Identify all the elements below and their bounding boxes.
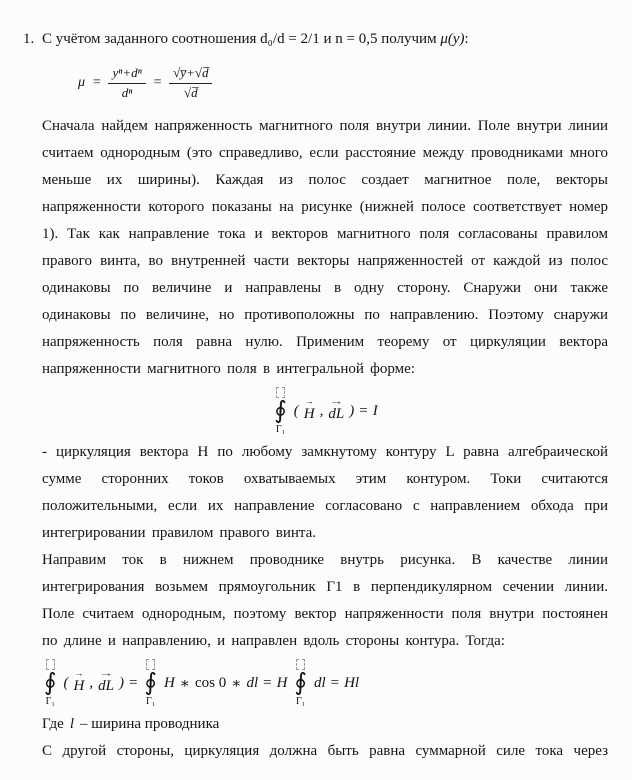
vector-h-letter: H	[304, 406, 315, 422]
missing-glyph-box-icon	[46, 659, 55, 670]
vector-dl: → dL	[328, 400, 344, 423]
intro-line: 1. С учётом заданного соотношения d₀/d =…	[23, 26, 608, 53]
dl-differential: dl	[246, 675, 258, 692]
left-paren: (	[294, 403, 299, 420]
intro-text: С учётом заданного соотношения d₀/d = 2/…	[42, 26, 608, 53]
left-paren: (	[64, 675, 69, 692]
current-symbol: I	[373, 403, 378, 420]
cosine-term: cos 0	[195, 675, 226, 692]
oint-symbol: ∮	[294, 671, 307, 695]
right-paren: )	[119, 675, 124, 692]
intro-colon: :	[465, 31, 469, 47]
document-page: 1. С учётом заданного соотношения d₀/d =…	[0, 0, 632, 780]
contour-integral: ∮ Γ₁	[144, 659, 157, 707]
missing-glyph-box-icon	[146, 659, 155, 670]
mu-symbol: μ	[78, 75, 85, 91]
vector-arrow-icon: →	[329, 397, 343, 406]
list-number: 1.	[23, 26, 42, 53]
fraction-denominator: √d̅	[180, 84, 202, 101]
formula-circulation-expansion: ∮ Γ₁ ( → H , → dL ) = ∮ Γ₁ H ∗ cos 0 ∗ d…	[42, 659, 608, 707]
vector-dl-letters: dL	[328, 406, 344, 422]
vector-arrow-icon: →	[99, 669, 113, 678]
paragraph-circulation-definition: - циркуляция вектора H по любому замкнут…	[42, 439, 608, 547]
contour-integral: ∮ Γ₁	[274, 387, 287, 435]
fraction-denominator: dⁿ	[118, 84, 137, 101]
oint-symbol: ∮	[274, 399, 287, 423]
equals-sign: =	[331, 675, 339, 692]
equals-sign: =	[153, 75, 162, 91]
contour-integral: ∮ Γ₁	[294, 659, 307, 707]
field-magnitude: H	[277, 675, 288, 692]
fraction-powers: yⁿ+dⁿ dⁿ	[108, 65, 145, 101]
equals-sign: =	[92, 75, 101, 91]
contour-label: Γ₁	[146, 697, 155, 707]
missing-glyph-box-icon	[296, 659, 305, 670]
formula-circulation-theorem: ∮ Γ₁ ( → H , → dL ) = I	[42, 387, 608, 435]
vector-dl: → dL	[98, 672, 114, 695]
dl-differential: dl	[314, 675, 326, 692]
vector-arrow-icon: →	[74, 669, 83, 678]
missing-glyph-box-icon	[276, 387, 285, 398]
vector-arrow-icon: →	[305, 397, 314, 406]
where-description: – ширина проводника	[80, 711, 219, 738]
vector-h: → H	[74, 672, 85, 695]
formula-permeability: μ = yⁿ+dⁿ dⁿ = √y̅+√d̅ √d̅	[78, 60, 608, 106]
fraction-numerator: √y̅+√d̅	[169, 65, 212, 83]
paragraph-partial-bottom: С другой стороны, циркуляция должна быть…	[42, 738, 608, 765]
equals-sign: =	[129, 675, 137, 692]
multiply-star: ∗	[180, 674, 190, 693]
paragraph-magnetic-field: Сначала найдем напряженность магнитного …	[42, 113, 608, 383]
right-paren: )	[349, 403, 354, 420]
result-hl: Hl	[344, 675, 359, 692]
comma: ,	[89, 675, 93, 692]
fraction-numerator: yⁿ+dⁿ	[108, 65, 145, 83]
vector-h: → H	[304, 400, 315, 423]
comma: ,	[320, 403, 324, 420]
where-prefix: Где	[42, 711, 64, 738]
contour-label: Γ₁	[296, 697, 305, 707]
equals-sign: =	[359, 403, 367, 420]
oint-symbol: ∮	[144, 671, 157, 695]
contour-integral: ∮ Γ₁	[44, 659, 57, 707]
vector-dl-letters: dL	[98, 678, 114, 694]
where-clause: Где l – ширина проводника	[42, 711, 608, 738]
contour-label: Γ₁	[276, 425, 285, 435]
intro-mu-term: μ(y)	[440, 31, 464, 47]
oint-symbol: ∮	[44, 671, 57, 695]
contour-label: Γ₁	[46, 697, 55, 707]
paragraph-integration-contour: Направим ток в нижнем проводнике внутрь …	[42, 547, 608, 655]
length-variable: l	[70, 711, 74, 738]
field-magnitude: H	[164, 675, 175, 692]
intro-text-main: С учётом заданного соотношения d₀/d = 2/…	[42, 31, 440, 47]
multiply-star: ∗	[231, 674, 241, 693]
vector-h-letter: H	[74, 678, 85, 694]
equals-sign: =	[263, 675, 271, 692]
fraction-roots: √y̅+√d̅ √d̅	[169, 65, 212, 101]
